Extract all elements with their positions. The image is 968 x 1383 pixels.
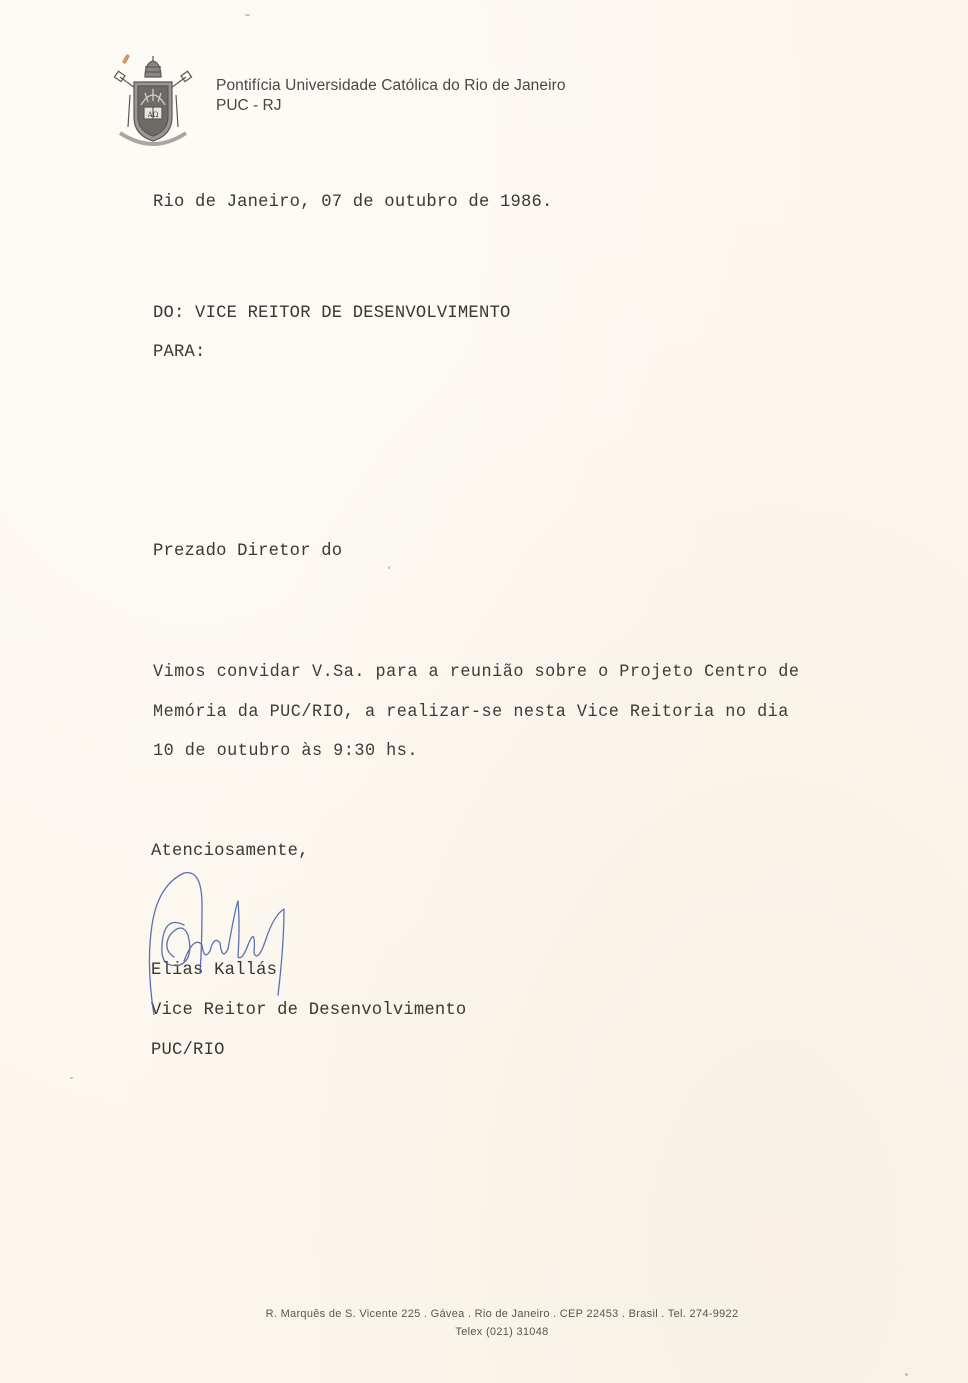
paper-speck	[245, 14, 250, 16]
footer-address: R. Marquês de S. Vicente 225 . Gávea . R…	[0, 1308, 968, 1320]
from-line: DO: VICE REITOR DE DESENVOLVIMENTO	[153, 304, 510, 323]
closing: Atenciosamente,	[151, 842, 309, 861]
handwritten-signature	[144, 865, 314, 1015]
institution-name: Pontifícia Universidade Católica do Rio …	[216, 77, 566, 95]
institution-abbreviation: PUC - RJ	[216, 97, 281, 115]
svg-text:AΩ: AΩ	[147, 111, 159, 119]
signer-title: Vice Reitor de Desenvolvimento	[151, 1001, 466, 1020]
body-line: 10 de outubro às 9:30 hs.	[153, 742, 418, 761]
signer-name: Elias Kallás	[151, 961, 277, 980]
paper-speck	[70, 1077, 73, 1079]
signer-organization: PUC/RIO	[151, 1041, 225, 1060]
paper-speck	[905, 1373, 908, 1376]
to-line: PARA:	[153, 343, 206, 362]
university-crest-icon: AΩ	[112, 55, 194, 155]
footer-telex: Telex (021) 31048	[0, 1326, 968, 1338]
body-line: Memória da PUC/RIO, a realizar-se nesta …	[153, 703, 789, 722]
place-date: Rio de Janeiro, 07 de outubro de 1986.	[153, 193, 553, 212]
letter-page: AΩ Pontifícia Universidade Católica do R…	[0, 0, 968, 1383]
salutation: Prezado Diretor do	[153, 542, 342, 561]
body-line: Vimos convidar V.Sa. para a reunião sobr…	[153, 663, 799, 682]
paper-speck	[388, 566, 390, 569]
